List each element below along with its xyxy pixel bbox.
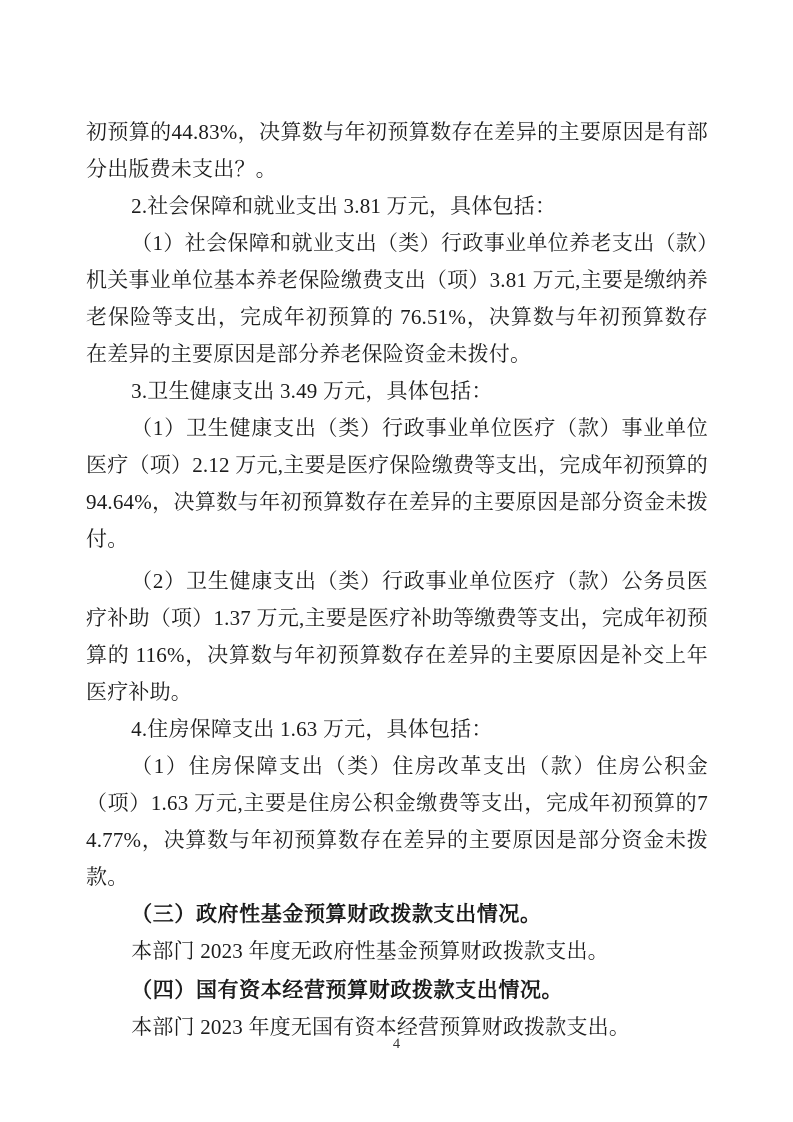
heading-state-capital-expenditure: （四）国有资本经营预算财政拨款支出情况。 [86, 972, 708, 1009]
document-body: 初预算的44.83%，决算数与年初预算数存在差异的主要原因是有部分出版费未支出？… [86, 114, 708, 1046]
paragraph-government-fund-note: 本部门 2023 年度无政府性基金预算财政拨款支出。 [86, 933, 708, 970]
paragraph-housing-detail-1: （1）住房保障支出（类）住房改革支出（款）住房公积金（项）1.63 万元,主要是… [86, 748, 708, 896]
paragraph-publication-fee-continuation: 初预算的44.83%，决算数与年初预算数存在差异的主要原因是有部分出版费未支出？… [86, 114, 708, 188]
paragraph-health-detail-2: （2）卫生健康支出（类）行政事业单位医疗（款）公务员医疗补助（项）1.37 万元… [86, 563, 708, 711]
paragraph-social-security-summary: 2.社会保障和就业支出 3.81 万元，具体包括： [86, 188, 708, 225]
paragraph-health-summary: 3.卫生健康支出 3.49 万元，具体包括： [86, 373, 708, 410]
paragraph-housing-summary: 4.住房保障支出 1.63 万元，具体包括： [86, 711, 708, 748]
paragraph-social-security-detail-1: （1）社会保障和就业支出（类）行政事业单位养老支出（款）机关事业单位基本养老保险… [86, 225, 708, 373]
document-page: 初预算的44.83%，决算数与年初预算数存在差异的主要原因是有部分出版费未支出？… [0, 0, 793, 1122]
paragraph-health-detail-1: （1）卫生健康支出（类）行政事业单位医疗（款）事业单位医疗（项）2.12 万元,… [86, 410, 708, 558]
page-footer: 4 [0, 1035, 793, 1053]
heading-government-fund-expenditure: （三）政府性基金预算财政拨款支出情况。 [86, 896, 708, 933]
page-number: 4 [393, 1036, 400, 1052]
